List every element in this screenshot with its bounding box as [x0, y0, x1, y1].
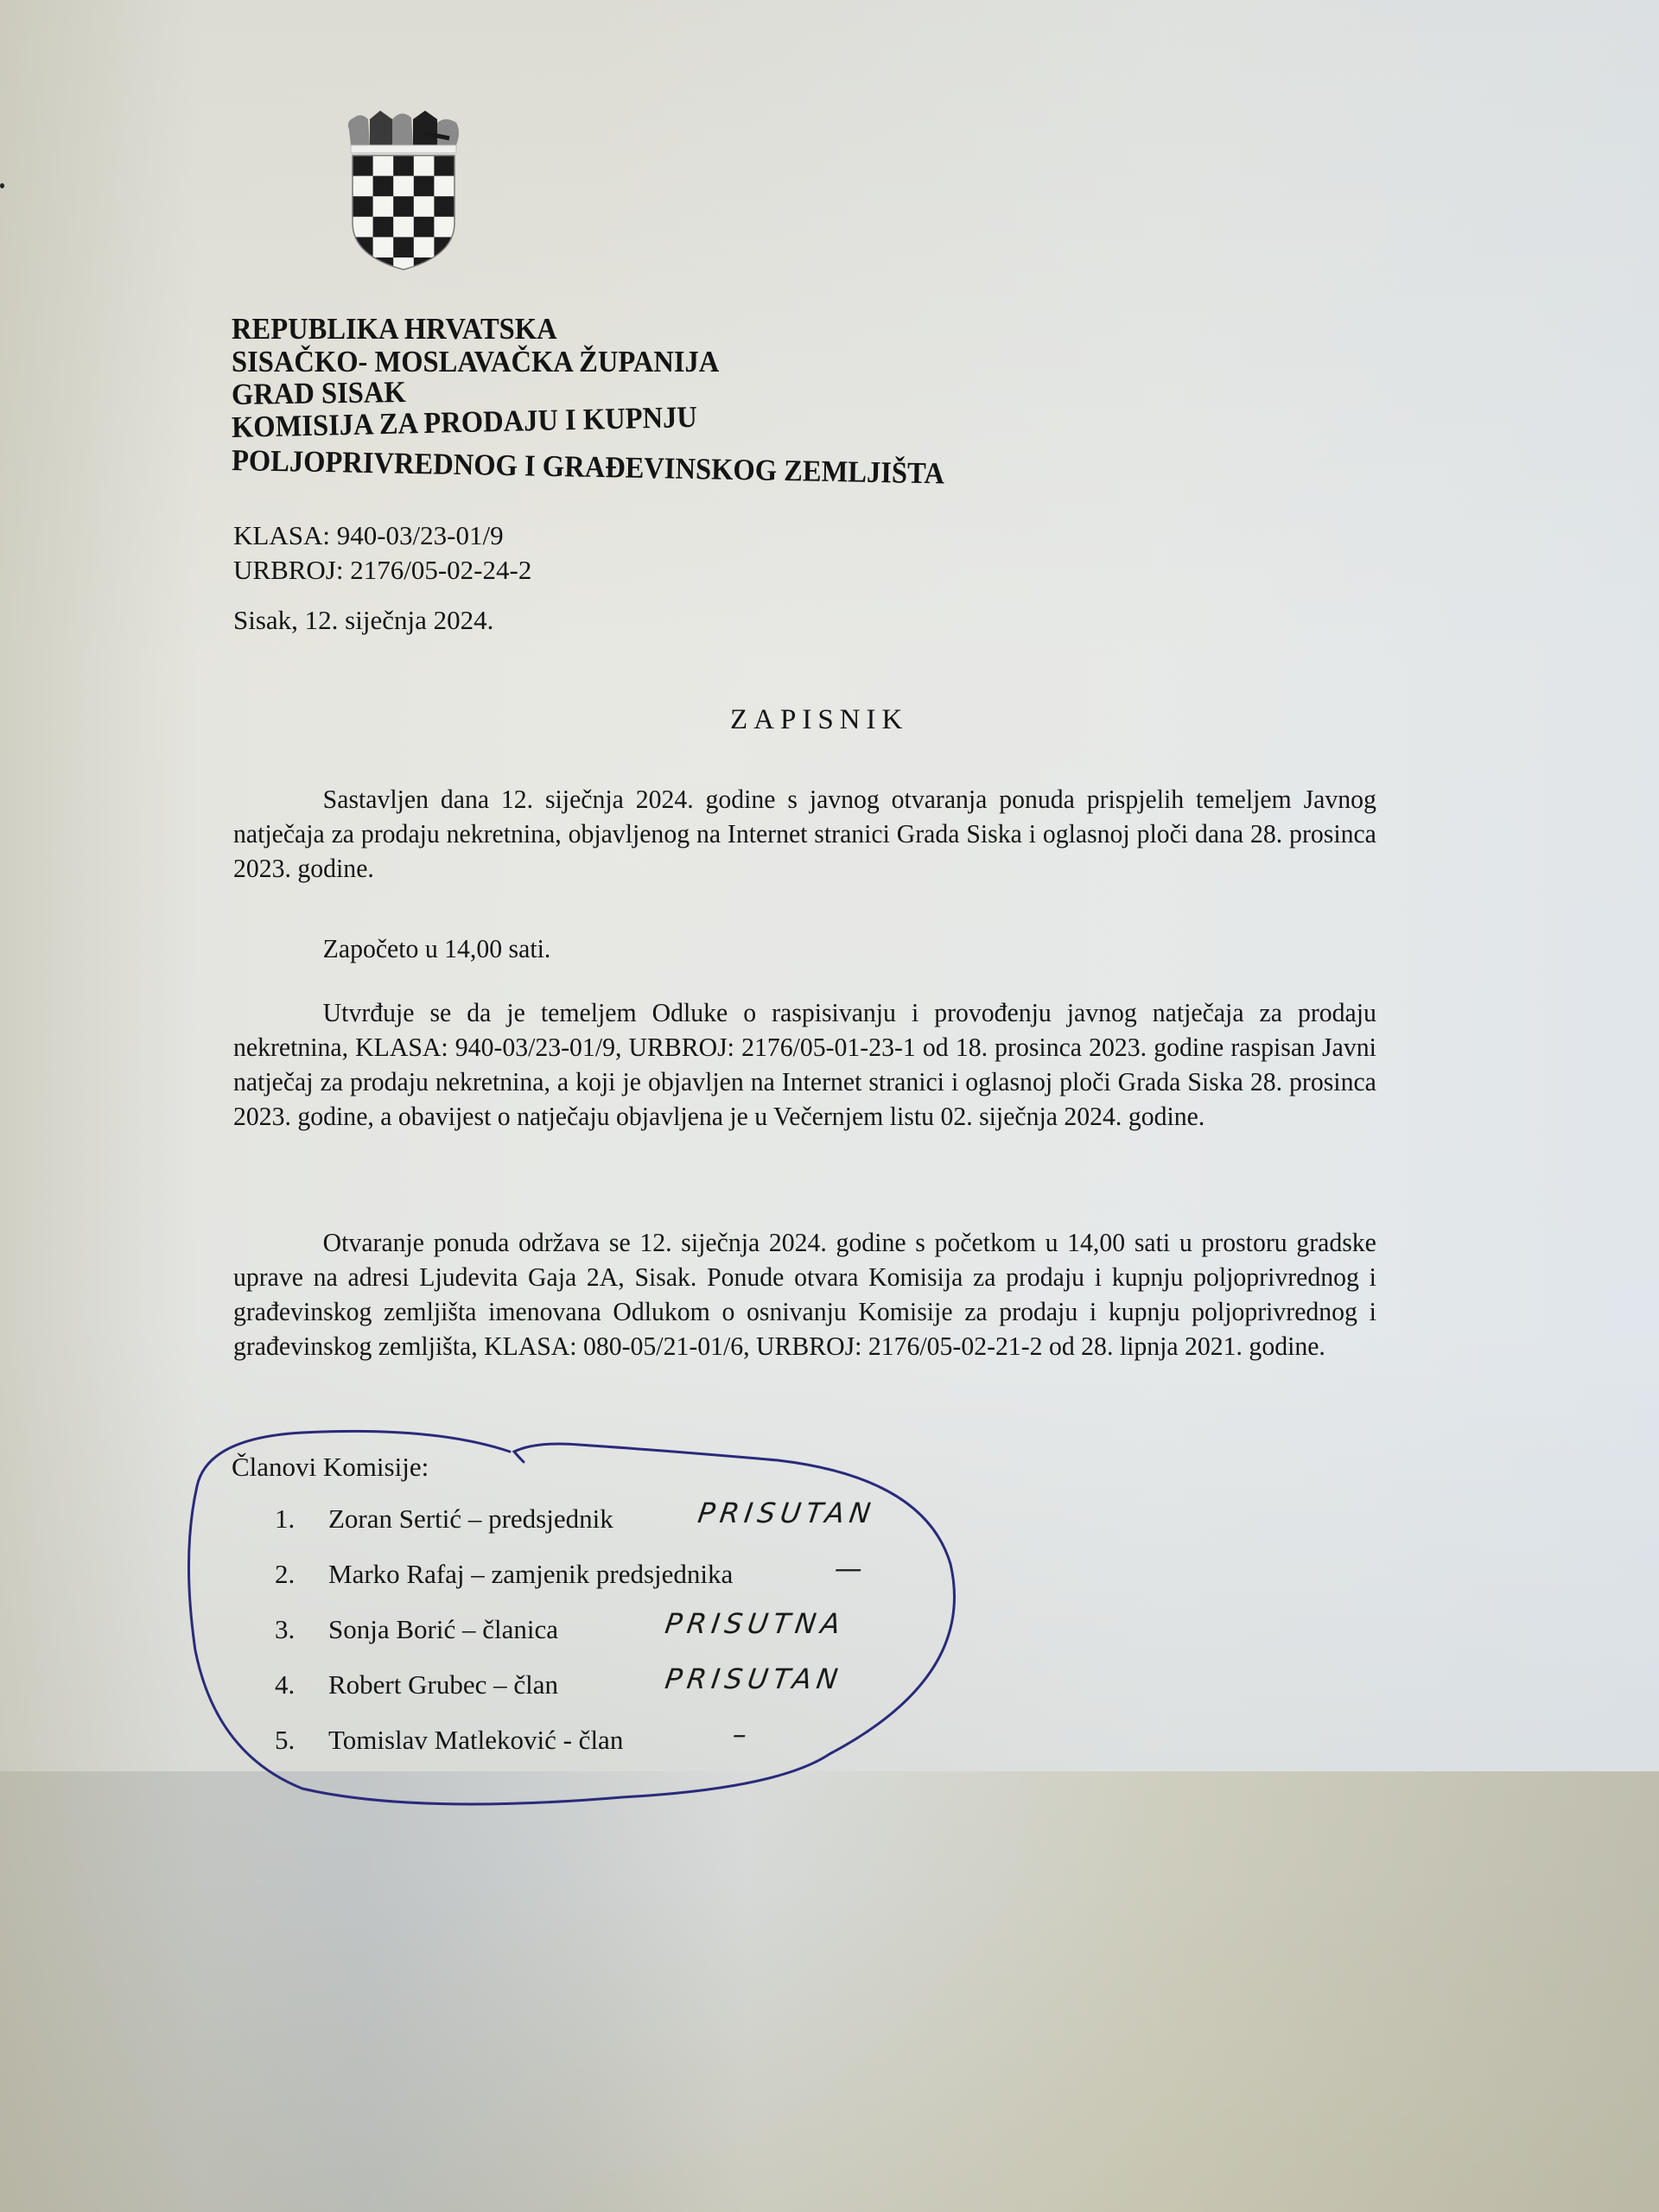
issuer-header: REPUBLIKA HRVATSKA SISAČKO- MOSLAVAČKA Ž…: [232, 313, 944, 477]
klasa: KLASA: 940-03/23-01/9: [233, 518, 531, 553]
member-text: Tomislav Matleković - član: [328, 1725, 623, 1755]
header-line-commission-scope: POLJOPRIVREDNOG I GRAĐEVINSKOG ZEMLJIŠTA: [232, 444, 945, 490]
paragraph-text: Otvaranje ponuda održava se 12. siječnja…: [233, 1227, 1376, 1361]
members-title: Članovi Komisije:: [232, 1452, 429, 1483]
croatian-coat-of-arms-icon: [344, 111, 463, 271]
member-number: 2.: [275, 1559, 328, 1590]
paragraph-opening: Otvaranje ponuda održava se 12. siječnja…: [233, 1225, 1376, 1363]
document-title: ZAPISNIK: [730, 704, 908, 736]
handwritten-attendance: PRISUTAN: [696, 1497, 877, 1529]
paragraph-text: Sastavljen dana 12. siječnja 2024. godin…: [233, 784, 1376, 883]
header-line-country: REPUBLIKA HRVATSKA: [232, 313, 944, 346]
member-item: 4.Robert Grubec – član PRISUTAN: [275, 1669, 733, 1725]
handwritten-attendance: —: [832, 1552, 869, 1585]
members-list: 1.Zoran Sertić – predsjednik PRISUTAN 2.…: [275, 1503, 733, 1780]
member-text: Marko Rafaj – zamjenik predsjednika: [328, 1559, 733, 1589]
handwritten-attendance: –: [730, 1718, 753, 1751]
member-item: 3.Sonja Borić – članica PRISUTNA: [275, 1614, 733, 1669]
paragraph-text: Utvrđuje se da je temeljem Odluke o rasp…: [233, 997, 1376, 1131]
urbroj: URBROJ: 2176/05-02-24-2: [233, 553, 531, 588]
member-item: 5.Tomislav Matleković - član –: [275, 1725, 733, 1780]
member-number: 5.: [275, 1725, 328, 1756]
member-number: 4.: [275, 1669, 328, 1700]
lighting-shade: [0, 1771, 1659, 2212]
member-text: Robert Grubec – član: [328, 1669, 558, 1700]
paragraph-text: Započeto u 14,00 sati.: [323, 933, 551, 963]
member-item: 1.Zoran Sertić – predsjednik PRISUTAN: [275, 1503, 733, 1559]
member-text: Sonja Borić – članica: [328, 1614, 558, 1644]
member-number: 1.: [275, 1503, 328, 1535]
member-text: Zoran Sertić – predsjednik: [328, 1503, 613, 1534]
handwritten-attendance: PRISUTNA: [663, 1607, 847, 1640]
paragraph-composed: Sastavljen dana 12. siječnja 2024. godin…: [233, 782, 1376, 886]
date-line: Sisak, 12. siječnja 2024.: [233, 603, 493, 638]
paragraph-decision: Utvrđuje se da je temeljem Odluke o rasp…: [233, 995, 1376, 1134]
handwritten-attendance: PRISUTAN: [663, 1662, 844, 1695]
reference-numbers: KLASA: 940-03/23-01/9 URBROJ: 2176/05-02…: [233, 518, 531, 588]
member-item: 2.Marko Rafaj – zamjenik predsjednika —: [275, 1559, 733, 1614]
punch-mark: [0, 183, 4, 188]
paragraph-start-time: Započeto u 14,00 sati.: [233, 931, 1376, 966]
member-number: 3.: [275, 1614, 328, 1645]
